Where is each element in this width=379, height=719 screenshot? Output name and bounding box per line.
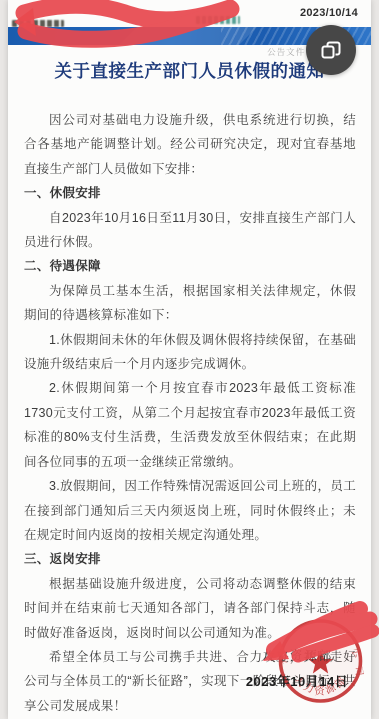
body-paragraph: 1.休假期间未休的年休假及调休假将持续保留，在基础设施升级结束后一个月内逐步完成… (24, 328, 356, 377)
body-paragraph: 3.放假期间，因工作特殊情况需返回公司上班的，员工在接到部门通知后三天内须返岗上… (24, 474, 356, 547)
header-date: 2023/10/14 (300, 7, 358, 19)
body-paragraph: 自2023年10月16日至11月30日，安排直接生产部门人员进行休假。 (24, 206, 356, 255)
logo-fragment (196, 16, 240, 24)
document-header: 2023/10/14 公告文件 严 关于直接生产部门人员休假的通知 (8, 0, 371, 100)
signature-department: 人力资源部 (237, 646, 357, 664)
signature-block: 人力资源部 2023年10月14日 (237, 646, 357, 690)
section-heading: 三、返岗安排 (24, 547, 356, 571)
body-paragraph: 2.休假期间第一个月按宜春市2023年最低工资标准1730元支付工资，从第二个月… (24, 376, 356, 474)
copy-button[interactable] (306, 25, 356, 75)
section-heading: 二、待遇保障 (24, 254, 356, 278)
section-heading: 一、休假安排 (24, 181, 356, 205)
logo-fragment (12, 20, 64, 27)
signature-date: 2023年10月14日 (237, 671, 357, 690)
notice-document: 2023/10/14 公告文件 严 关于直接生产部门人员休假的通知 因公司对基础… (8, 0, 371, 719)
body-paragraph: 为保障员工基本生活，根据国家相关法律规定，休假期间的待遇核算标准如下： (24, 279, 356, 328)
body-paragraph: 因公司对基础电力设施升级，供电系统进行切换，结合各基地产能调整计划。经公司研究决… (24, 108, 356, 181)
notice-page: { "header": { "date": "2023/10/14", "cla… (0, 0, 379, 719)
copy-icon (320, 39, 342, 61)
